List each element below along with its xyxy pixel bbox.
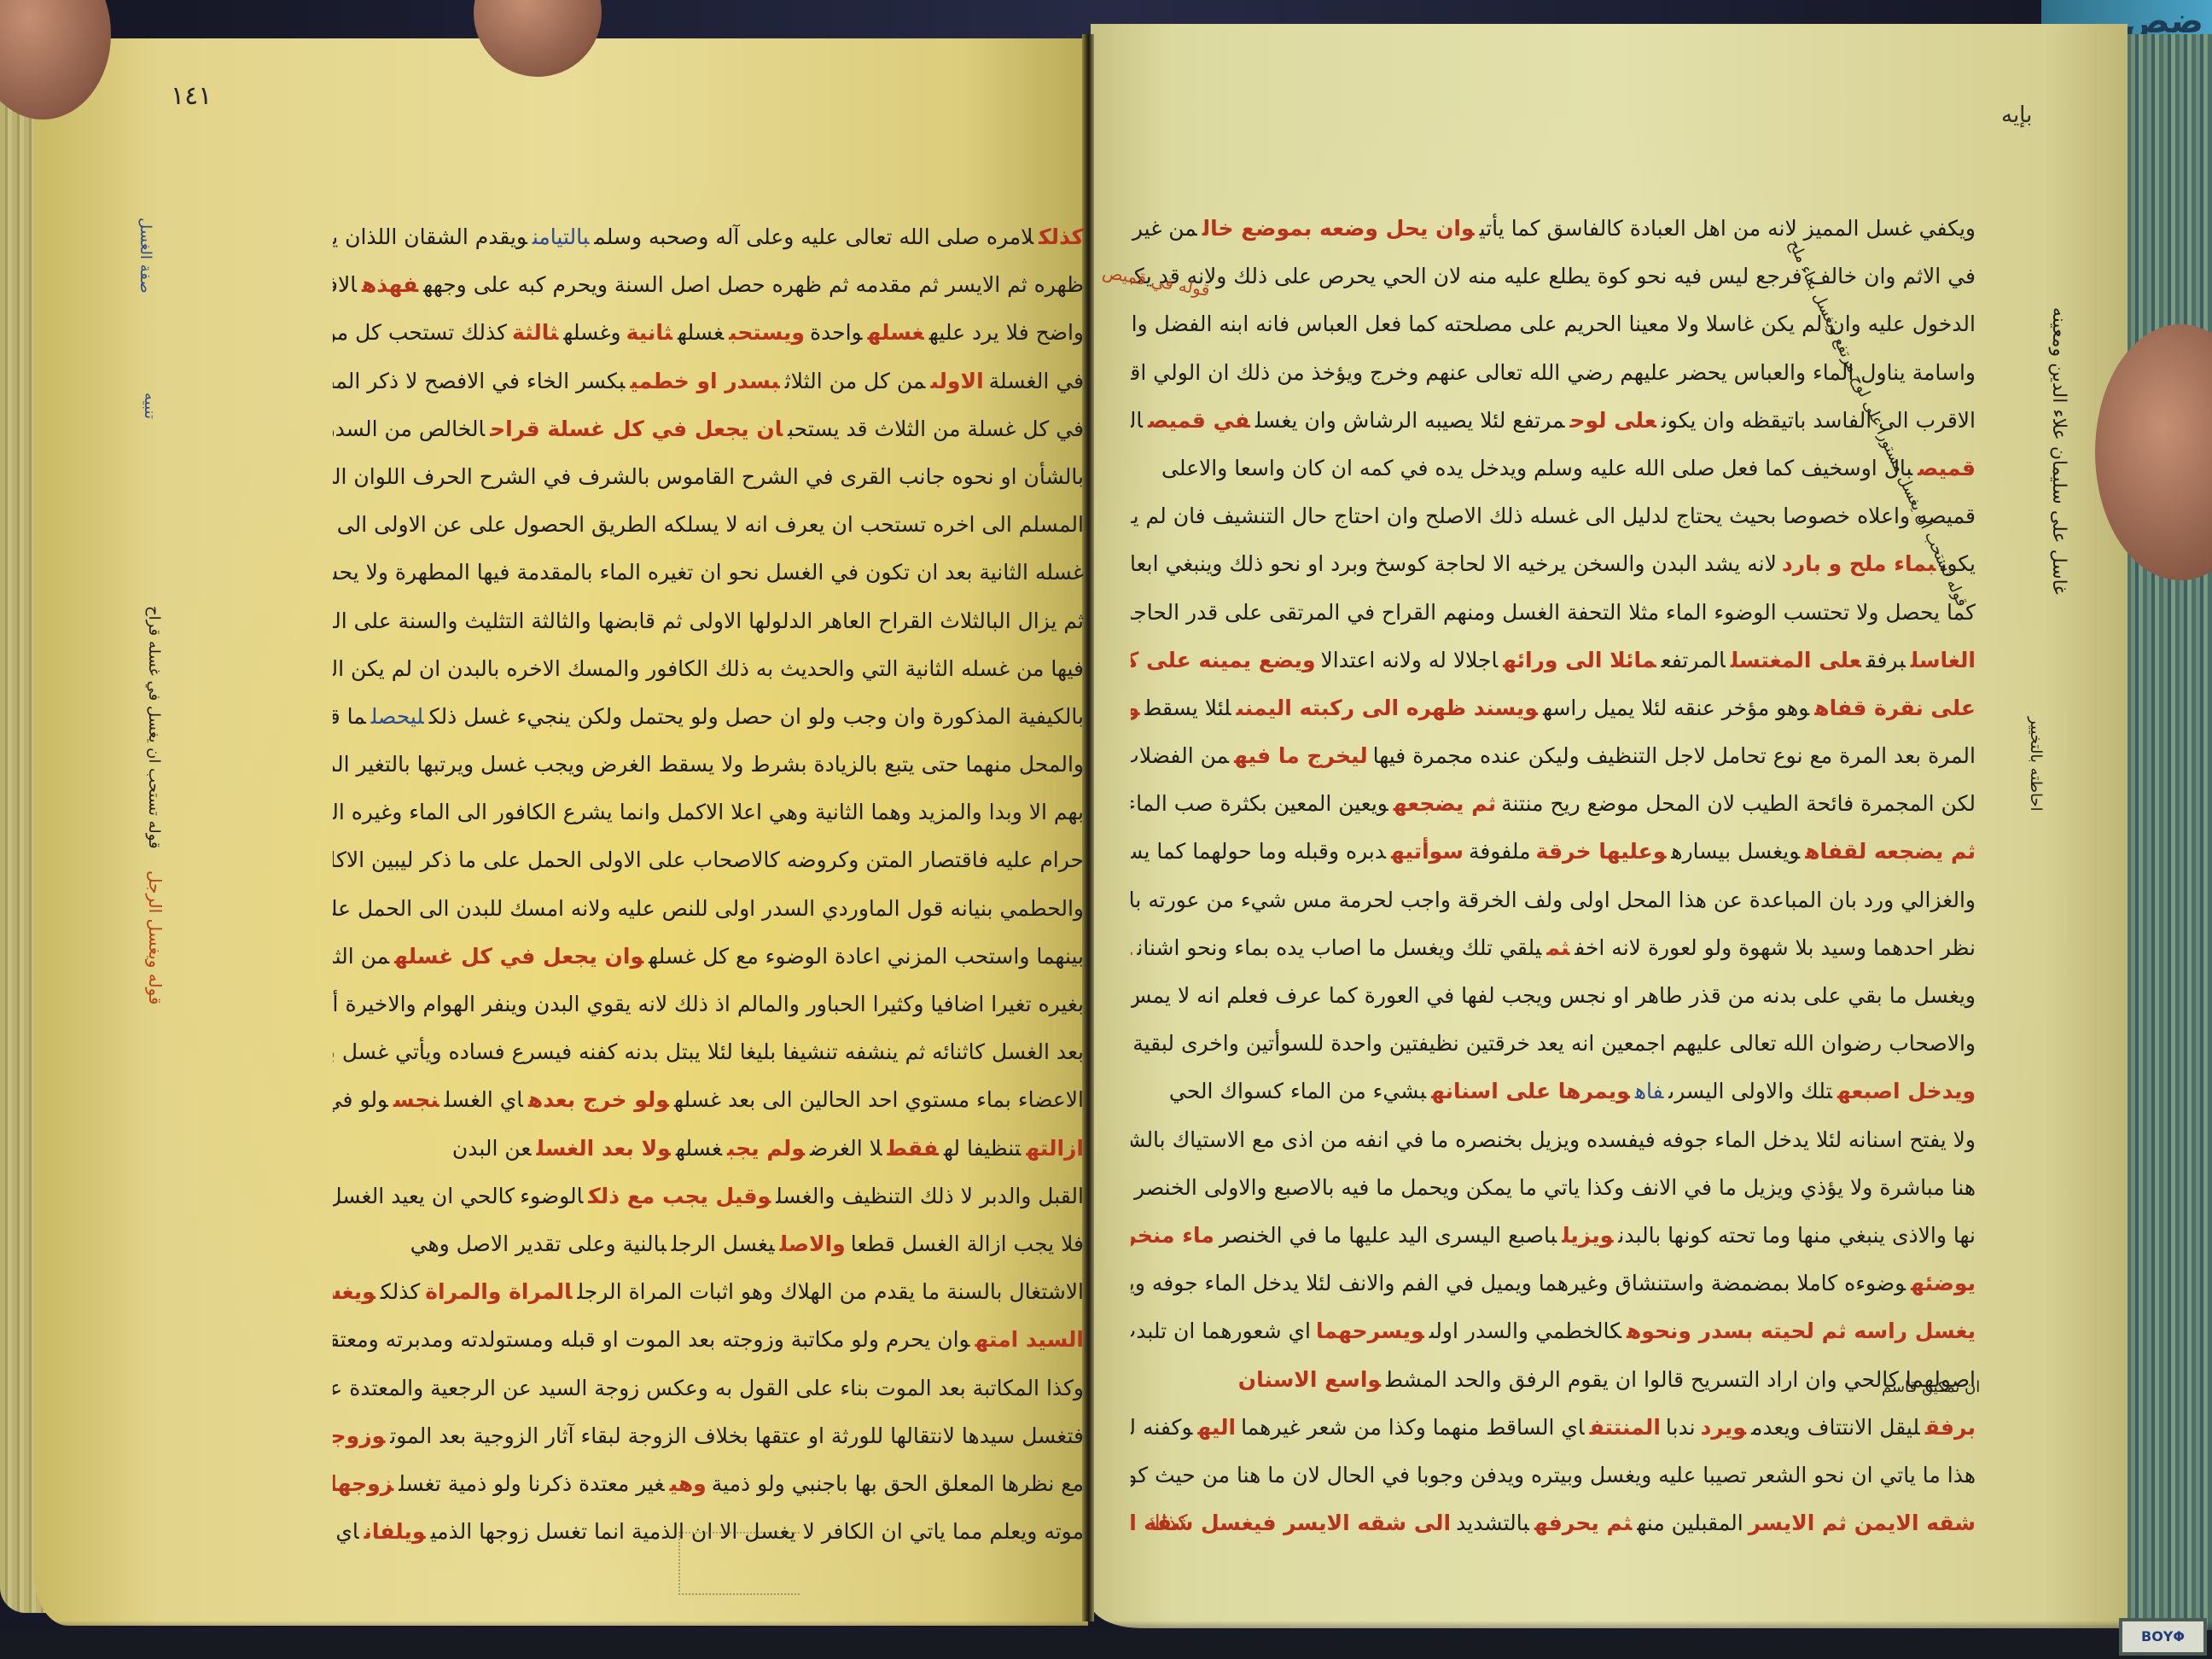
text-segment: بالكيفية المذكورة وان وجب ولو ان حصل ولو… <box>429 704 1084 729</box>
text-segment: ظهره ثم الايسر ثم مقدمه ثم ظهره حصل اصل … <box>423 272 1084 297</box>
text-segment: والحطمي بنيانه قول الماوردي السدر اولى ل… <box>333 896 1084 921</box>
text-line: كذلكلامره صلى الله تعالى عليه وعلى آله و… <box>333 213 1084 261</box>
text-segment: ولو في الكفن من الفرج <box>333 1087 388 1112</box>
rubric-text: المنتتف <box>1590 1415 1661 1440</box>
text-segment: ليحصل <box>371 704 424 729</box>
text-segment: فتغسل سيدها لانتقالها للورثة او عتقها بخ… <box>390 1423 1084 1448</box>
text-line: ثم يزال البالثلاث القراح العاهر الدلولها… <box>333 597 1084 645</box>
text-segment: هذا ما ياتي ان نحو الشعر تصيبا عليه ويغس… <box>1131 1463 1976 1487</box>
text-segment: اي شعورهما ان تلبدت كما في الافضلية <box>1131 1318 1311 1343</box>
text-segment: من الثلاث ما في الماء القراح غير المحرم <box>333 944 389 969</box>
text-segment: القبل والدبر لا ذلك التنظيف والغسل <box>776 1184 1084 1208</box>
text-segment: المرتفع <box>1662 648 1726 672</box>
text-segment: برفق <box>1866 648 1906 672</box>
text-line: هنا مباشرة ولا يؤذي ويزيل ما في الانف وك… <box>1131 1164 1976 1212</box>
text-segment: قميصه واعلاه خصوصا بحيث يحتاج لدليل الى … <box>1131 504 1976 528</box>
text-segment: غسله الثانية بعد ان تكون في الغسل نحو ان… <box>333 560 1084 585</box>
text-line: في الغسلةالاولىمن كل من الثلاثبسدر او خط… <box>333 358 1084 405</box>
rubric-text: يغسل راسه ثم لحيته بسدر ونحوه <box>1627 1318 1976 1343</box>
rubric-text: سوأتيه <box>1391 839 1464 864</box>
rubric-text: وهي <box>670 1471 707 1496</box>
rubric-text: مائلا الى ورائه <box>1503 648 1656 672</box>
rubric-text: ولو خرج بعده <box>528 1087 669 1112</box>
rubric-text: ثالثة <box>512 320 558 345</box>
rubric-text: بسدر او خطمي <box>630 369 779 393</box>
text-line: السيد امتهوان يحرم ولو مكاتبة وزوجته بعد… <box>333 1316 1084 1364</box>
text-segment: كذلك تستحب كل من هذه الثلاث غسله <box>333 320 507 345</box>
rubric-text: ويسرحهما <box>1316 1318 1424 1343</box>
rubric-text: وقيل يجب مع ذلك <box>588 1184 771 1208</box>
text-segment: ملفوفة <box>1469 839 1531 864</box>
text-line: الاعضاء بماء مستوي احد الحالين الى بعد غ… <box>333 1076 1084 1124</box>
text-line: يكونبماء ملح و باردلانه يشد البدن والسخن… <box>1131 540 1976 588</box>
text-segment: الماء عنه ولا تكثر <box>1131 408 1143 433</box>
text-segment: الافعال كلها بلا نكل وتغيير اشده لا يكون… <box>333 272 357 297</box>
left-page-text: كذلكلامره صلى الله تعالى عليه وعلى آله و… <box>333 213 1084 1556</box>
rubric-text: كذلك <box>1039 224 1084 249</box>
rubric-text: ولم يجب <box>727 1136 805 1161</box>
text-line: يوضئهوضوءه كاملا بمضمضة واستنشاق وغيرهما… <box>1131 1260 1976 1307</box>
text-segment: يغسل الرجل <box>672 1231 775 1256</box>
rubric-text: ويزيل <box>1562 1223 1613 1248</box>
text-line: فتغسل سيدها لانتقالها للورثة او عتقها بخ… <box>333 1412 1084 1460</box>
rubric-text: غسله <box>867 320 923 345</box>
text-segment: بهم الا وبدا والمزيد وهما الثانية وهي اع… <box>333 800 1084 824</box>
rubric-text: ليخرج ما فيه <box>1234 743 1368 768</box>
text-segment: اي الغسل <box>445 1087 523 1112</box>
text-segment: عن البدن <box>452 1136 532 1161</box>
text-line: في كل غسلة من الثلاث قد يستحبان يجعل في … <box>333 405 1084 453</box>
text-line: غسله الثانية بعد ان تكون في الغسل نحو ان… <box>333 549 1084 597</box>
rubric-text: ماء منخريه <box>1131 1223 1214 1248</box>
rubric-text: وزوجة <box>333 1423 385 1448</box>
text-line: فلا يجب ازالة الغسل قطعاوالاصليغسل الرجل… <box>333 1220 1084 1268</box>
text-line: وكذا المكاتبة بعد الموت بناء على القول ب… <box>333 1365 1084 1412</box>
text-line: فيها من غسله الثانية التي والحديث به ذلك… <box>333 645 1084 693</box>
rubric-text: السيد امته <box>975 1327 1084 1352</box>
text-line: بالكيفية المذكورة وان وجب ولو ان حصل ولو… <box>333 693 1084 741</box>
rubric-text: بماء ملح و بارد <box>1782 551 1935 576</box>
text-segment: اي الساقط منهما وكذا من شعر غيرهما <box>1241 1415 1585 1440</box>
text-segment: كما يحصل ولا تحتسب الوضوء الماء مثلا الت… <box>1131 600 1976 625</box>
rubric-text: الاولى <box>930 369 983 393</box>
text-line: الاقرب الى الفاسد باتيقظه وان يكونعلى لو… <box>1131 397 1976 445</box>
text-segment: الدخول عليه وان لم يكن غاسلا ولا معينا ا… <box>1131 311 1976 336</box>
text-line: بالشأن او نحوه جانب القرى في الشرح القام… <box>333 453 1084 501</box>
text-line: نظر احدهما وسيد بلا شهوة ولو لعورة لانه … <box>1131 924 1976 972</box>
text-segment: بالتشديد <box>1456 1511 1529 1535</box>
margin-note: قوله تستحب ان يغسل في غسله قراح <box>145 606 163 849</box>
text-segment: مع نظرها المعلق الحق بها باجنبي ولو ذمية <box>712 1471 1084 1496</box>
text-segment: غير معتدة ذكرنا ولو ذمية تغسل <box>399 1471 664 1496</box>
text-line: واضح فلا يرد عليهغسلهواحدةويستحبغسلهثاني… <box>333 309 1084 357</box>
text-segment: هنا مباشرة ولا يؤذي ويزيل ما في الانف وك… <box>1131 1175 1976 1200</box>
text-line: المسلم الى اخره تستحب ان يعرف انه لا يسل… <box>333 501 1084 549</box>
margin-note: قوله ويغسل الرجل <box>145 870 166 1004</box>
text-segment: ثم يزال البالثلاث القراح العاهر الدلولها… <box>333 608 1084 633</box>
text-line: ظهره ثم الايسر ثم مقدمه ثم ظهره حصل اصل … <box>333 261 1084 309</box>
rubric-text: المراة والمراة <box>425 1279 572 1304</box>
text-line: المرة بعد المرة مع نوع تحامل لاجل التنظي… <box>1131 732 1976 780</box>
text-segment: مرتفع لئلا يصيبه الرشاش وان يغسل <box>1255 408 1565 433</box>
rubric-text: ثم يحرفه <box>1534 1511 1632 1535</box>
text-segment: الاشتغال بالسنة ما يقدم من الهلاك وهو اث… <box>578 1279 1084 1304</box>
catchword: كذلك <box>1144 1511 1188 1534</box>
text-segment: بينهما واستحب المزني اعادة الوضوء مع كل … <box>649 944 1084 969</box>
page-block-right-edge <box>2127 34 2212 1630</box>
rubric-text: ولا بعد الغسل <box>536 1136 670 1161</box>
text-segment: بالتيامن <box>533 224 589 249</box>
text-segment: ولا يفتح اسنانه لئلا يدخل الماء جوفه فيف… <box>1131 1127 1976 1152</box>
rubric-text: ثم <box>1546 935 1569 960</box>
text-line: في الاثم وان خالف فرجع ليس فيه نحو كوة ي… <box>1131 253 1976 300</box>
text-line: القبل والدبر لا ذلك التنظيف والغسلوقيل ي… <box>333 1173 1084 1220</box>
rubric-text: يوضئه <box>1911 1271 1976 1295</box>
book-gutter <box>1082 34 1094 1621</box>
text-line: قميصه واعلاه خصوصا بحيث يحتاج لدليل الى … <box>1131 492 1976 540</box>
text-segment: يلقي تلك ويغسل ما اصاب يده بماء ونحو اشن… <box>1137 935 1541 960</box>
text-segment: واضح فلا يرد عليه <box>929 320 1084 345</box>
text-segment: والاصحاب رضوان الله تعالى عليهم اجمعين ا… <box>1131 1031 1976 1056</box>
text-segment: لامره صلى الله تعالى عليه وعلى آله وصحبه… <box>594 224 1033 249</box>
text-segment: واحدة <box>810 320 863 345</box>
text-line: الغاسلبرفقعلى المغتسلالمرتفعمائلا الى ور… <box>1131 637 1976 684</box>
text-segment: ويغسل ما بقي على بدنه من قذر طاهر او نجس… <box>1131 983 1976 1008</box>
text-segment: فلا يجب ازالة الغسل قطعا <box>851 1231 1084 1256</box>
margin-note: احاطته بالتخيير <box>2027 717 2045 812</box>
rubric-text: ويمر يساره على بطنه امرارا بليغا <box>1131 696 1139 720</box>
text-segment: لكن المجمرة فائحة الطيب لان المحل موضع ر… <box>1501 791 1976 816</box>
rubric-text: ويرد <box>1701 1415 1746 1440</box>
text-segment: في الاثم وان خالف فرجع ليس فيه نحو كوة ي… <box>1131 264 1976 288</box>
library-tag: ΒΟΥΦ <box>2119 1618 2207 1656</box>
signature-mark: بإيه <box>2001 102 2032 128</box>
rubric-text: ويغسل <box>333 1279 375 1304</box>
text-line: مع نظرها المعلق الحق بها باجنبي ولو ذمية… <box>333 1460 1084 1508</box>
rubric-text: ويلفان <box>364 1519 426 1544</box>
text-line: لكن المجمرة فائحة الطيب لان المحل موضع ر… <box>1131 780 1976 828</box>
margin-note: ان تمكين قاسم <box>1882 1378 1980 1396</box>
rubric-text: ويسند ظهره الى ركبته اليمنى <box>1237 696 1538 720</box>
text-segment: ما قاله الماوردي <box>333 704 366 729</box>
text-segment: تنظيفا له <box>944 1136 1022 1161</box>
text-segment: بغيره تغيرا اضافيا وكثيرا الحباور والمال… <box>333 992 1084 1016</box>
text-line: ويغسل ما بقي على بدنه من قذر طاهر او نجس… <box>1131 972 1976 1020</box>
text-line: ثم يضجعه لقفاهويغسل بيسارهوعليها خرقةملف… <box>1131 828 1976 876</box>
text-line: بغيره تغيرا اضافيا وكثيرا الحباور والمال… <box>333 981 1084 1028</box>
text-segment: لا الغرض <box>810 1136 882 1161</box>
text-segment: بال اوسخيف كما فعل صلى الله عليه وسلم وي… <box>1161 456 1912 480</box>
text-segment: الاعضاء بماء مستوي احد الحالين الى بعد غ… <box>674 1087 1084 1112</box>
text-segment: اي السيد واحد الزوجين <box>333 1519 359 1544</box>
text-segment: وغسله <box>563 320 620 345</box>
text-segment: ويقدم الشقان اللذان يليان الوجه لشرفهما … <box>333 224 527 249</box>
text-segment: من كل من الثلاث <box>785 369 926 393</box>
margin-note: صفة الغسل <box>137 218 154 294</box>
text-line: شقه الايمن ثم الايسرالمقبلين منهثم يحرفه… <box>1131 1499 1976 1547</box>
rubric-text: ازالته <box>1026 1136 1084 1161</box>
rubric-text: ثانية <box>626 320 672 345</box>
rubric-text: ويمرها على اسنانه <box>1431 1079 1630 1103</box>
rubric-text: نجس <box>393 1087 439 1112</box>
text-line: بعد الغسل كاثنائه ثم ينشفه تنشيفا بليغا … <box>333 1028 1084 1076</box>
text-segment: غسله <box>678 320 724 345</box>
text-line: ويدخل اصبعهتلك والاولى اليسرىفاهويمرها ع… <box>1131 1068 1976 1115</box>
text-line: اصولهما كالحي وان اراد التسريح قالوا ان … <box>1131 1356 1976 1404</box>
rubric-text: واسع الاسنان <box>1238 1367 1381 1392</box>
text-segment: من الفضلات خشية خروجه بعد الغسل <box>1131 743 1229 768</box>
text-segment: وهو مؤخر عنقه لئلا يميل راسه <box>1543 696 1809 720</box>
text-segment: بكسر الخاء في الافصح لا ذكر المصنف بعد ه… <box>333 369 625 393</box>
rubric-text: وان يجعل في كل غسله <box>394 944 643 969</box>
text-line: كما يحصل ولا تحتسب الوضوء الماء مثلا الت… <box>1131 589 1976 637</box>
text-line: ازالتهتنظيفا لهفقطلا الغرضولم يجبغسلهولا… <box>333 1125 1084 1173</box>
rubric-text: فقط <box>888 1136 939 1161</box>
rubric-text: في قميص <box>1148 408 1250 433</box>
rubric-text: ان يجعل في كل غسلة قراح <box>490 416 783 441</box>
text-line: هذا ما ياتي ان نحو الشعر تصيبا عليه ويغس… <box>1131 1452 1976 1499</box>
text-segment: والمحل منهما حتى يتبع بالزيادة بشرط ولا … <box>333 752 1084 777</box>
text-line: برفقليقل الانتتاف ويعدمويردندباالمنتتفاي… <box>1131 1404 1976 1452</box>
text-line: يغسل راسه ثم لحيته بسدر ونحوهكالخطمي وال… <box>1131 1307 1976 1355</box>
text-segment: لانه يشد البدن والسخن يرخيه الا لحاجة كو… <box>1131 551 1777 576</box>
text-segment: وكفنه ليدفن معه اكراما له ولا ينافي <box>1131 1415 1192 1440</box>
text-segment: فاه <box>1635 1079 1663 1103</box>
text-segment: وكذا المكاتبة بعد الموت بناء على القول ب… <box>333 1376 1084 1400</box>
text-segment: بالشأن او نحوه جانب القرى في الشرح القام… <box>333 464 1084 489</box>
text-line: قميصبال اوسخيف كما فعل صلى الله عليه وسل… <box>1131 445 1976 492</box>
text-segment: نها والاذى ينبغي منها وما تحته كونها بال… <box>1618 1223 1976 1248</box>
text-segment: دبره وقبله وما حولهما كما يستنجي الحي <box>1131 839 1386 864</box>
text-segment: ويعين المعين بكثرة صب الماء ليذهب ما يخر… <box>1131 791 1388 816</box>
text-segment: باصبع اليسرى اليد عليها ما في الخنصر <box>1220 1223 1557 1248</box>
text-segment: المرة بعد المرة مع نوع تحامل لاجل التنظي… <box>1373 743 1976 768</box>
text-segment: حرام عليه فاقتصار المتن وكروضه كالاصحاب … <box>333 847 1084 872</box>
text-line: ولا يفتح اسنانه لئلا يدخل الماء جوفه فيف… <box>1131 1116 1976 1164</box>
rubric-text: ثم يضجعه لقفاه <box>1805 839 1976 864</box>
rubric-text: على لوح <box>1569 408 1656 433</box>
text-segment: بشيء من الماء كسواك الحي <box>1169 1079 1426 1103</box>
text-line: نها والاذى ينبغي منها وما تحته كونها بال… <box>1131 1212 1976 1260</box>
text-segment: نظر احدهما وسيد بلا شهوة ولو لعورة لانه … <box>1575 935 1976 960</box>
text-segment: كالحي ان يعيد الغسل ويصح غسله <box>333 1184 515 1208</box>
margin-note: غاسل على سليمان علاء الدين ومعينه <box>2048 307 2069 595</box>
text-line: والمحل منهما حتى يتبع بالزيادة بشرط ولا … <box>333 741 1084 789</box>
text-line: والاصحاب رضوان الله تعالى عليهم اجمعين ا… <box>1131 1020 1976 1068</box>
rubric-text: قميص <box>1918 456 1976 480</box>
text-segment: المقبلين منه <box>1637 1511 1743 1535</box>
text-segment: الوضوء <box>520 1184 583 1208</box>
text-line: بهم الا وبدا والمزيد وهما الثانية وهي اع… <box>333 789 1084 836</box>
folio-number: ١٤١ <box>171 81 212 111</box>
rubric-text: شقه الايمن ثم الايسر <box>1749 1511 1976 1535</box>
text-segment: ليقل الانتتاف ويعدم <box>1751 1415 1920 1440</box>
text-segment: بالنية وعلى تقدير الاصل وهي <box>410 1231 667 1256</box>
rubric-text: برفق <box>1925 1415 1976 1440</box>
rubric-text: والاصل <box>780 1231 846 1256</box>
rubric-text: اليه <box>1197 1415 1236 1440</box>
stamp-mark <box>678 1532 800 1595</box>
rubric-text: ثم يضجعه <box>1394 791 1496 816</box>
rubric-text: على نقرة قفاه <box>1814 696 1976 720</box>
bottom-shadow <box>0 1621 2212 1659</box>
text-segment: الخالص من السدر ونحوه وهو الماء القراح <box>333 416 485 441</box>
rubric-text: وعليها خرقة <box>1536 839 1667 864</box>
rubric-text: وان يحل وضعه بموضع خال <box>1202 216 1475 241</box>
text-segment: كالخطمي والسدر اولى <box>1429 1318 1621 1343</box>
text-segment: اجلالا له ولانه اعتدالا <box>1321 648 1499 672</box>
rubric-text: الغاسل <box>1911 648 1976 672</box>
text-line: حرام عليه فاقتصار المتن وكروضه كالاصحاب … <box>333 836 1084 884</box>
text-line: والغزالي ورد بان المباعدة عن هذا المحل ا… <box>1131 876 1976 924</box>
text-segment: الاقرب الى الفاسد باتيقظه وان يكون <box>1662 408 1976 433</box>
text-segment: وان يحرم ولو مكاتبة وزوجته بعد الموت او … <box>333 1327 969 1352</box>
text-line: ويكفي غسل المميز لانه من اهل العبادة كال… <box>1131 205 1976 253</box>
rubric-text: فهذه <box>362 272 418 297</box>
text-segment: ويكفي غسل المميز لانه من اهل العبادة كال… <box>1480 216 1976 241</box>
text-line: بينهما واستحب المزني اعادة الوضوء مع كل … <box>333 933 1084 981</box>
text-segment: والغزالي ورد بان المباعدة عن هذا المحل ا… <box>1131 888 1976 912</box>
text-segment: المسلم الى اخره تستحب ان يعرف انه لا يسل… <box>333 512 1084 537</box>
text-line: والحطمي بنيانه قول الماوردي السدر اولى ل… <box>333 885 1084 933</box>
text-segment: غسله <box>676 1136 722 1161</box>
text-segment: في الغسلة <box>989 369 1084 393</box>
rubric-text: ويضع يمينه على كتفه <box>1131 648 1316 672</box>
margin-note: تنبيه <box>141 393 159 419</box>
text-segment: بعد الغسل كاثنائه ثم ينشفه تنشيفا بليغا … <box>333 1039 1084 1064</box>
rubric-text: زوجها <box>333 1471 393 1496</box>
text-segment: في كل غسلة من الثلاث قد يستحب <box>788 416 1084 441</box>
text-segment: ويغسل بيساره <box>1671 839 1800 864</box>
rubric-text: ويستحب <box>729 320 805 345</box>
rubric-text: ويدخل اصبعه <box>1837 1079 1976 1103</box>
text-segment: وضوءه كاملا بمضمضة واستنشاق وغيرهما ويمي… <box>1131 1271 1906 1295</box>
text-line: على نقرة قفاهوهو مؤخر عنقه لئلا يميل راس… <box>1131 684 1976 732</box>
text-segment: تلك والاولى اليسرى <box>1668 1079 1832 1103</box>
text-segment: لئلا يسقط <box>1144 696 1231 720</box>
text-segment: ندبا <box>1666 1415 1696 1440</box>
text-line: الاشتغال بالسنة ما يقدم من الهلاك وهو اث… <box>333 1268 1084 1316</box>
text-segment: كذلك <box>381 1279 420 1304</box>
right-page-text: ويكفي غسل المميز لانه من اهل العبادة كال… <box>1131 205 1976 1547</box>
text-segment: فيها من غسله الثانية التي والحديث به ذلك… <box>333 656 1084 681</box>
text-segment: من غير الغاسل ومعينه <box>1131 216 1197 241</box>
rubric-text: ويلف <box>1131 935 1132 960</box>
rubric-text: على المغتسل <box>1731 648 1861 672</box>
